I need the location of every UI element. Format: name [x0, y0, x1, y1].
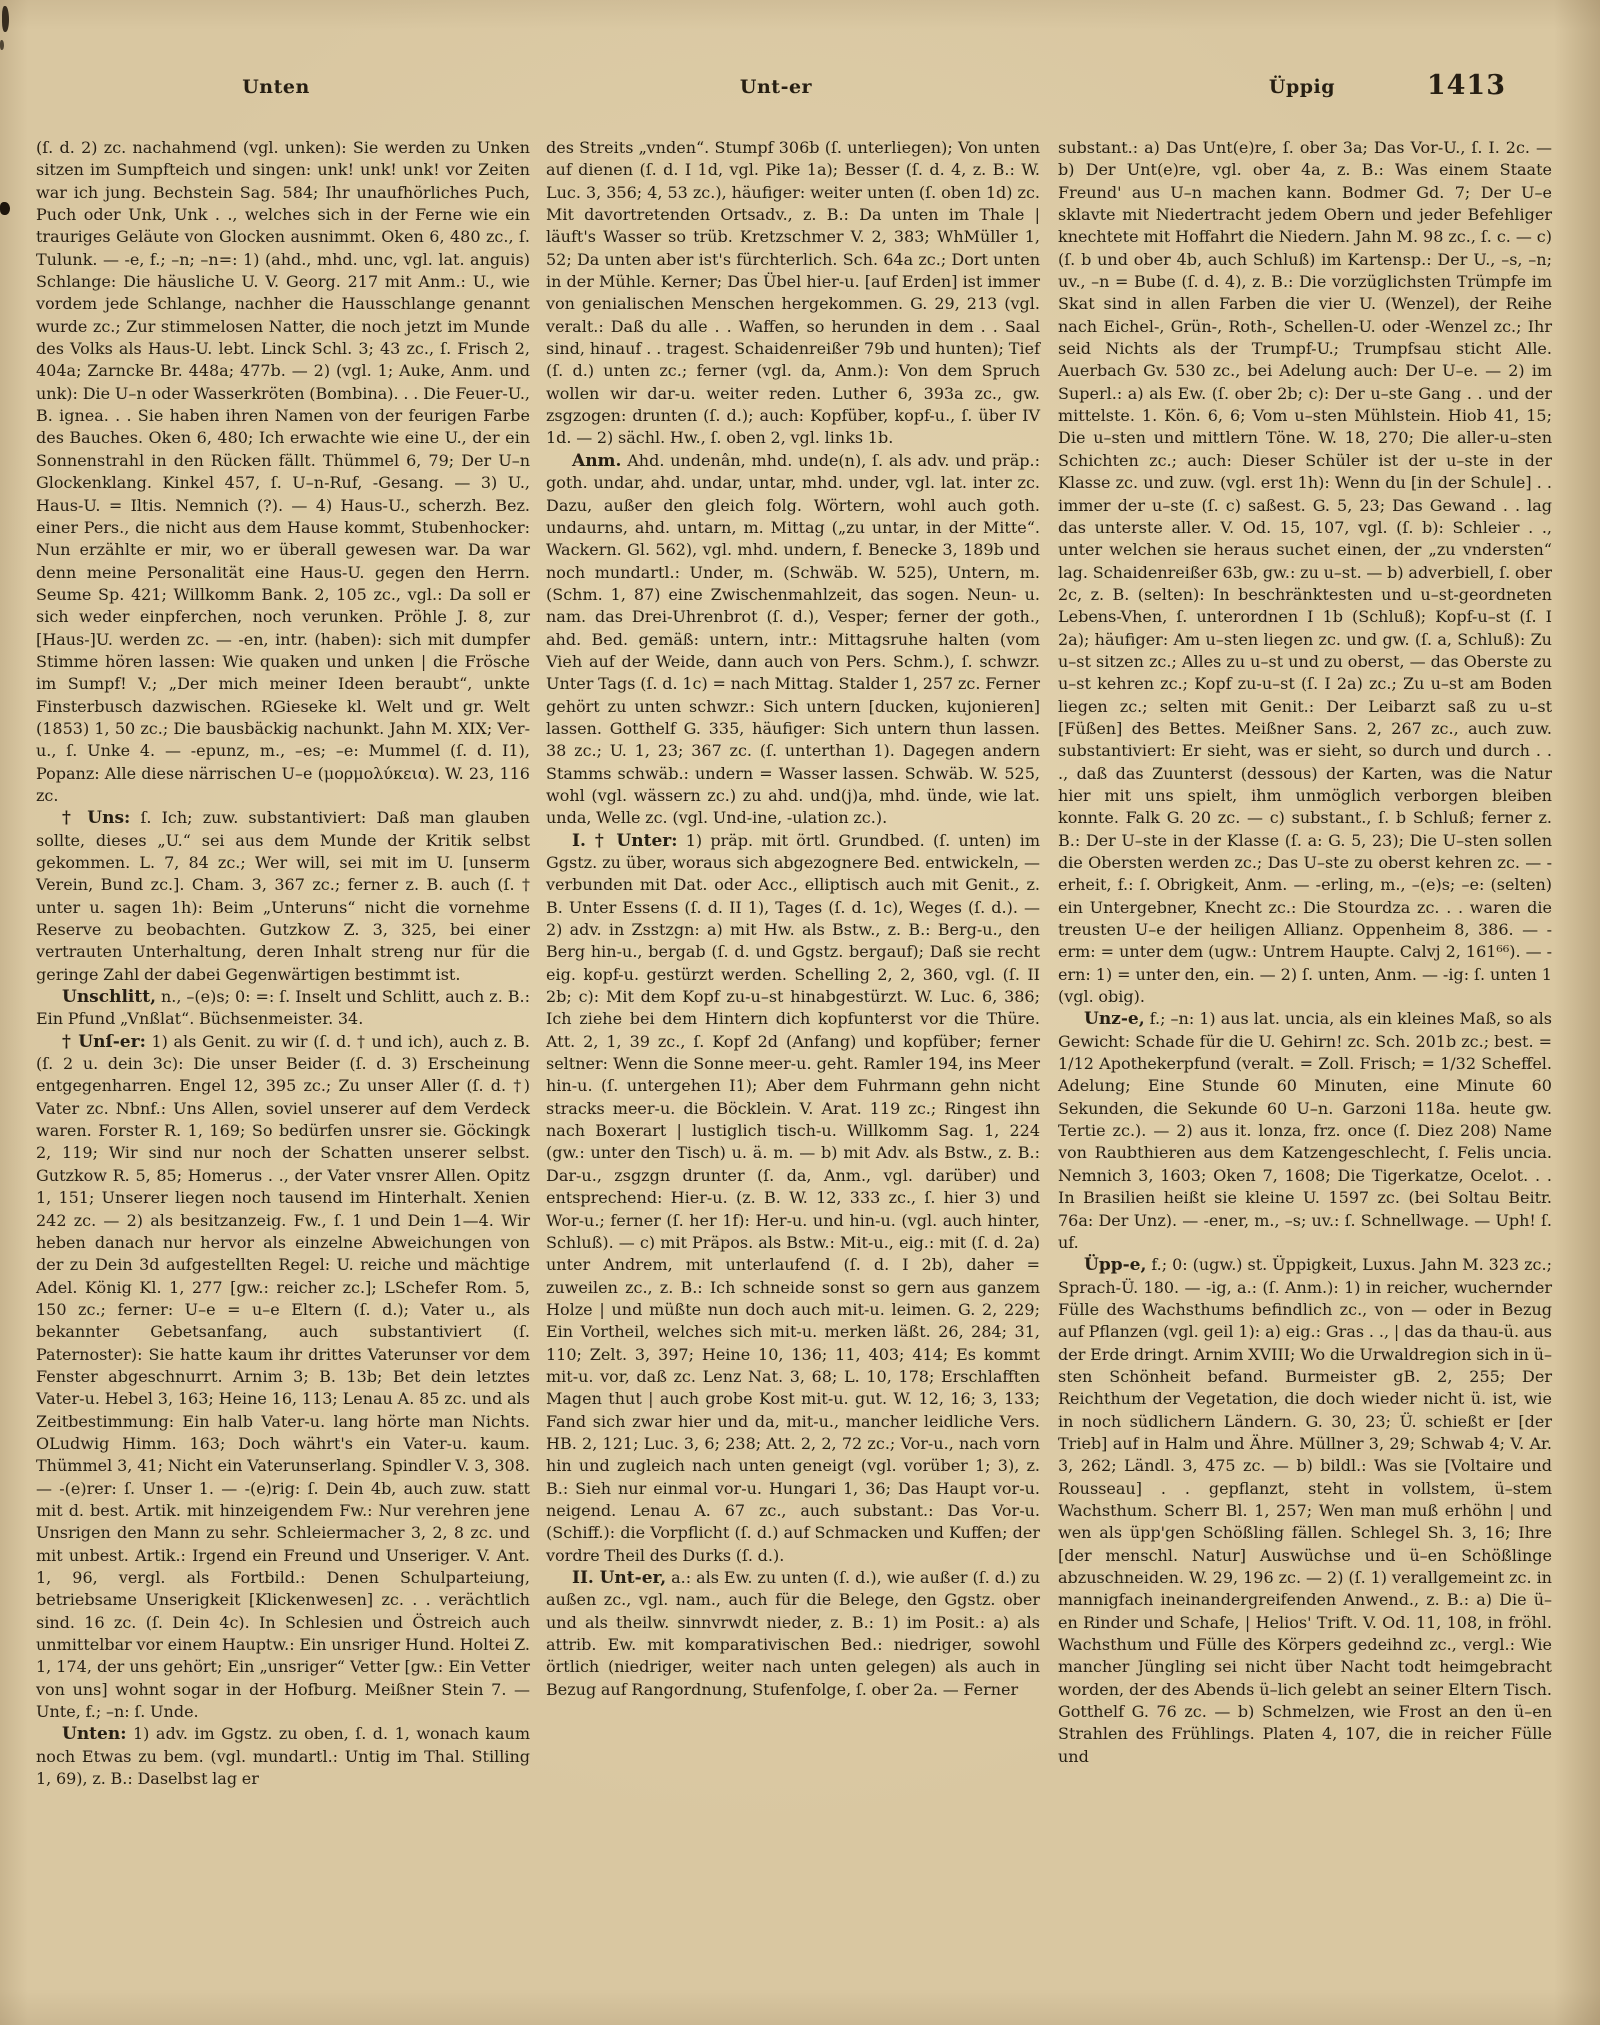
entry-paragraph: † Uns: ſ. Ich; zuw. substantiviert: Daß … [36, 807, 530, 986]
entry-headword: Üpp-e, [1084, 1255, 1146, 1275]
entry-text: substant.: a) Das Unt(e)re, ſ. ober 3a; … [1058, 138, 1552, 1006]
text-column-2: des Streits „vnden“. Stumpf 306b (ſ. unt… [546, 137, 1040, 1701]
entry-headword: Unz-e, [1084, 1009, 1145, 1029]
entry-text: f.; –n: 1) aus lat. uncia, als ein klein… [1058, 1009, 1552, 1251]
text-column-3: substant.: a) Das Unt(e)re, ſ. ober 3a; … [1058, 137, 1552, 1768]
entry-headword: Anm. [572, 451, 621, 471]
ink-smudge [2, 6, 9, 32]
entry-text: (ſ. d. 2) zc. nachahmend (vgl. unken): S… [36, 138, 530, 805]
entry-text: des Streits „vnden“. Stumpf 306b (ſ. unt… [546, 138, 1040, 447]
entry-paragraph: Unz-e, f.; –n: 1) aus lat. uncia, als ei… [1058, 1008, 1552, 1254]
entry-text: ſ. Ich; zuw. substantiviert: Daß man gla… [36, 808, 530, 983]
entry-text: 1) präp. mit örtl. Grundbed. (ſ. unten) … [546, 831, 1040, 1565]
entry-paragraph: Unten: 1) adv. im Ggstz. zu oben, ſ. d. … [36, 1723, 530, 1790]
entry-paragraph: † Unſ-er: 1) als Genit. zu wir (ſ. d. † … [36, 1031, 530, 1724]
entry-headword: † Uns: [62, 808, 130, 828]
entry-paragraph: substant.: a) Das Unt(e)re, ſ. ober 3a; … [1058, 137, 1552, 1008]
margin-ink-mark [0, 202, 10, 215]
entry-paragraph: des Streits „vnden“. Stumpf 306b (ſ. unt… [546, 137, 1040, 450]
running-title-right: Üppig [1192, 76, 1412, 98]
page-number: 1413 [1396, 70, 1506, 101]
running-head: Unten Unt-er Üppig 1413 [0, 74, 1600, 108]
entry-text: f.; 0: (ugw.) st. Üppigkeit, Luxus. Jahn… [1058, 1255, 1552, 1766]
running-title-left: Unten [166, 76, 386, 98]
entry-paragraph: II. Unt-er, a.: als Ew. zu unten (ſ. d.)… [546, 1567, 1040, 1701]
ink-smudge [0, 40, 4, 50]
entry-text: 1) als Genit. zu wir (ſ. d. † und ich), … [36, 1032, 530, 1721]
entry-headword: I. † Unter: [572, 831, 678, 851]
entry-paragraph: Anm. Ahd. undenân, mhd. unde(n), ſ. als … [546, 450, 1040, 830]
entry-paragraph: (ſ. d. 2) zc. nachahmend (vgl. unken): S… [36, 137, 530, 807]
entry-text: Ahd. undenân, mhd. unde(n), ſ. als adv. … [546, 451, 1040, 828]
running-title-center: Unt-er [666, 76, 886, 98]
entry-headword: Unschlitt, [62, 987, 156, 1007]
entry-headword: Unten: [62, 1724, 127, 1744]
entry-paragraph: Üpp-e, f.; 0: (ugw.) st. Üppigkeit, Luxu… [1058, 1254, 1552, 1768]
entry-headword: II. Unt-er, [572, 1568, 666, 1588]
entry-paragraph: I. † Unter: 1) präp. mit örtl. Grundbed.… [546, 830, 1040, 1567]
entry-paragraph: Unschlitt, n., –(e)s; 0: =: ſ. Inselt un… [36, 986, 530, 1031]
text-column-1: (ſ. d. 2) zc. nachahmend (vgl. unken): S… [36, 137, 530, 1790]
entry-headword: † Unſ-er: [62, 1032, 146, 1052]
dictionary-page: { "page": { "running_head": { "left": "U… [0, 0, 1600, 2025]
